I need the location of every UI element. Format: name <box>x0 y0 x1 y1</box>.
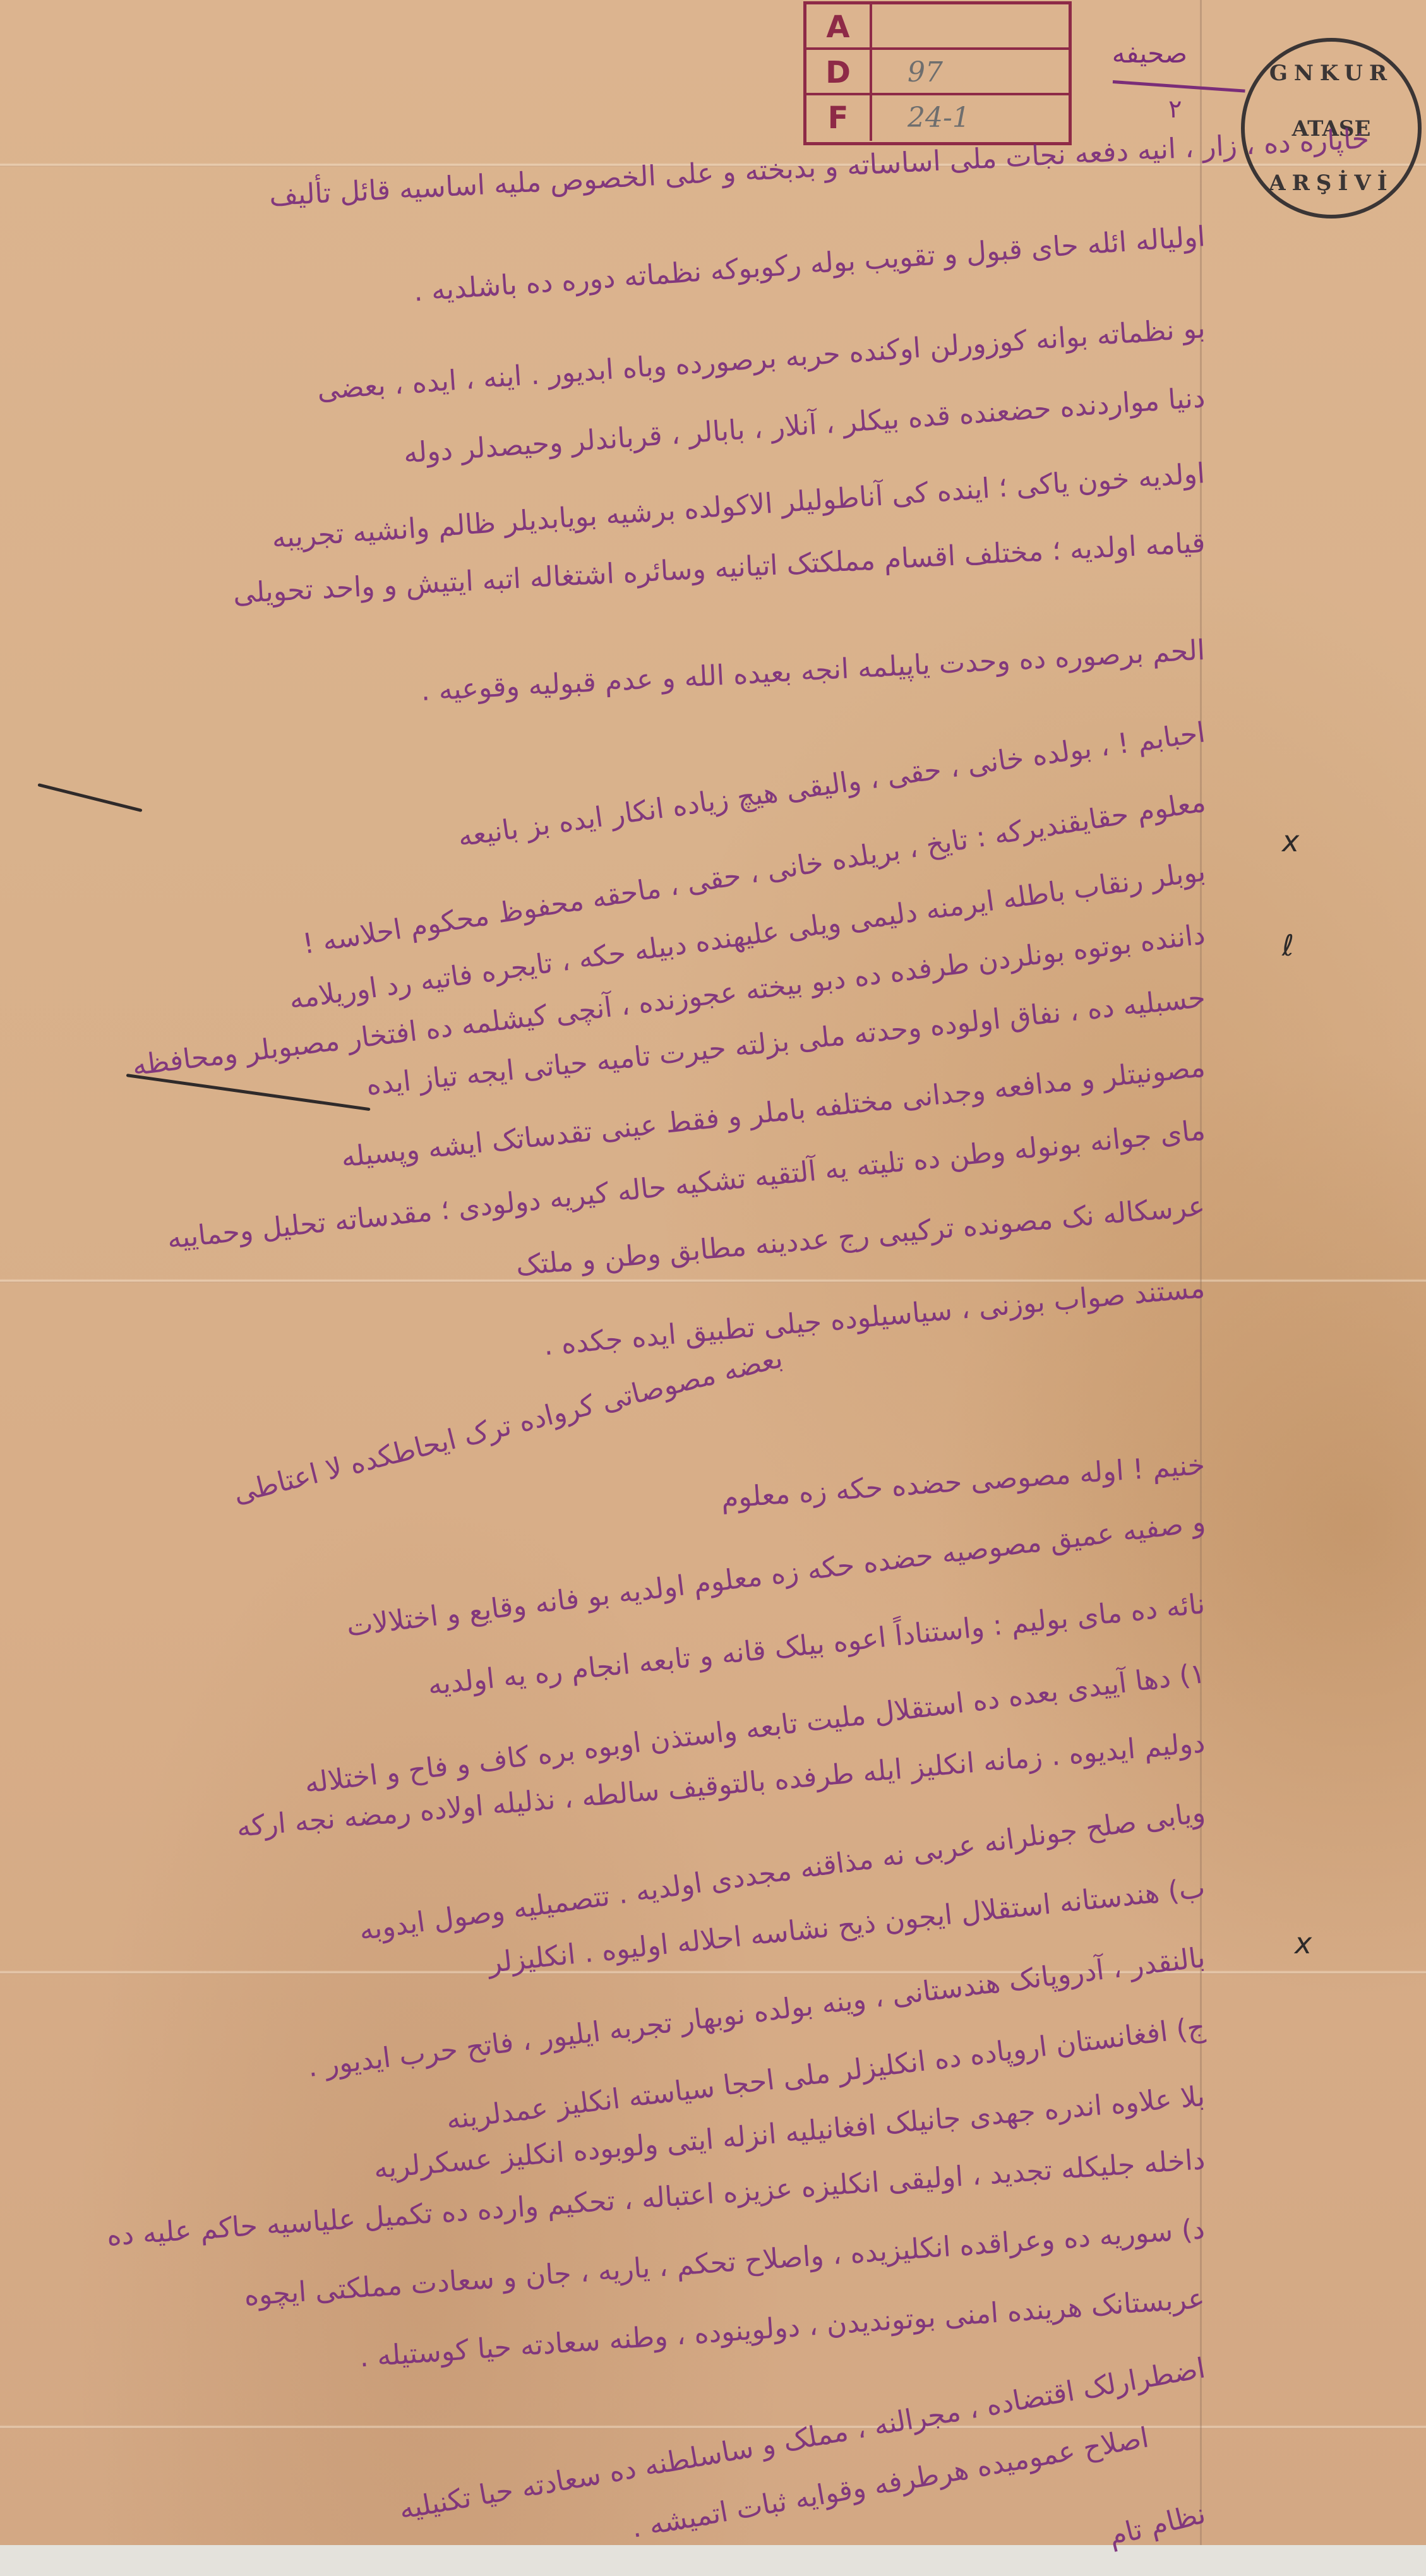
text-line: خاپاره ده ، زار ، انیه دفعه نجات ملی اسا… <box>268 120 1370 215</box>
text-line: الحم برصوره ده وحدت یاپیلمه انجه بعیده ا… <box>420 632 1206 710</box>
margin-mark: x <box>1295 1926 1312 1960</box>
scan-background <box>0 2545 1426 2576</box>
text-line: اولیاله ائله حای قبول و تقویب بوله رکوبو… <box>412 218 1206 311</box>
text-line: بعضه مصوصاتی کرواده ترک ایحاطکده لا اعتا… <box>229 1339 786 1513</box>
margin-mark: ℓ <box>1282 928 1294 962</box>
text-line: خنیم ! اوله مصوصی حضده حکه زه معلوم <box>720 1446 1206 1518</box>
handwritten-body: خاپاره ده ، زار ، انیه دفعه نجات ملی اسا… <box>0 0 1426 2545</box>
margin-mark: x <box>1282 824 1299 858</box>
text-line: مستند صواب بوزنی ، سیاسیلوده جیلی تطبیق … <box>542 1269 1207 1365</box>
